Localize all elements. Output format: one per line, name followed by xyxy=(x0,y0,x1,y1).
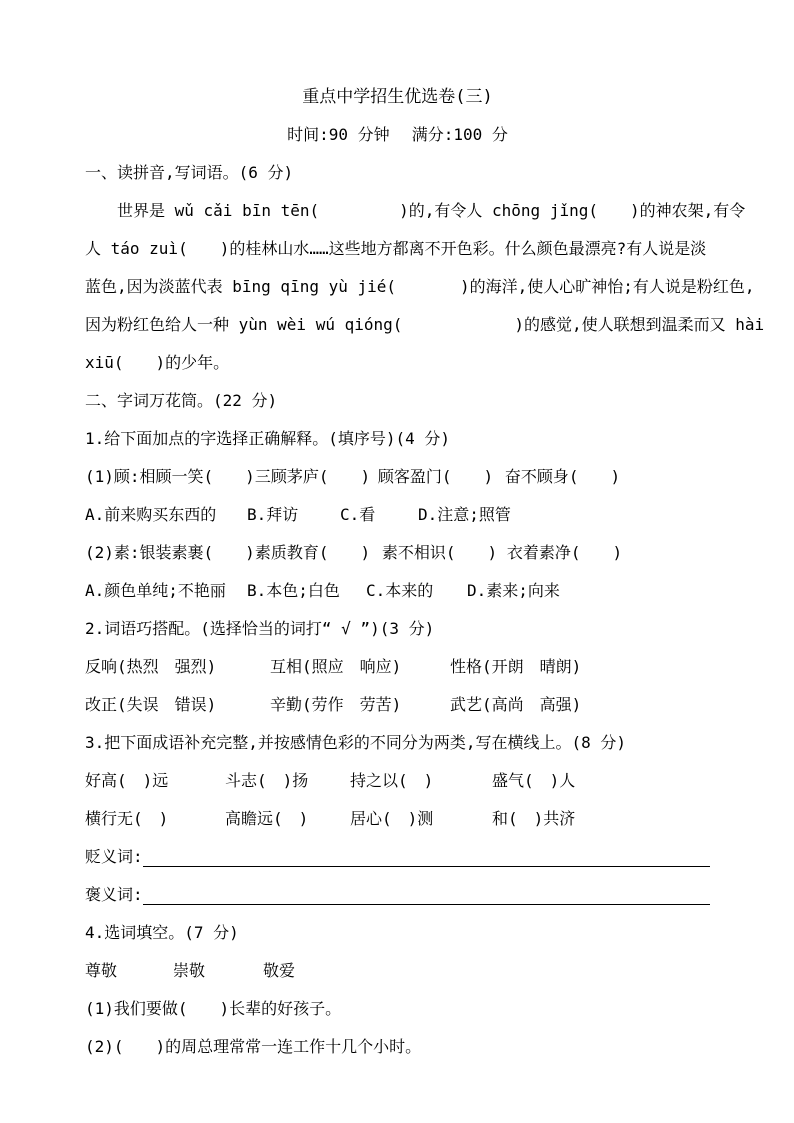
q3-idiom: 横行无( ) xyxy=(85,800,225,838)
exam-document-page: 重点中学招生优选卷(三) 时间:90 分钟 满分:100 分 一、读拼音,写词语… xyxy=(0,0,794,1123)
pinyin-paragraph-line-5: xiū( )的少年。 xyxy=(85,344,710,382)
exam-title: 重点中学招生优选卷(三) xyxy=(85,78,710,116)
q1-phrase: 奋不顾身( ) xyxy=(505,458,620,496)
q1-phrases-row-gu: (1)顾:相顾一笑( ) 三顾茅庐( ) 顾客盈门( ) 奋不顾身( ) xyxy=(85,458,710,496)
q4-word: 崇敬 xyxy=(173,952,263,990)
q4-sentence-1: (1)我们要做( )长辈的好孩子。 xyxy=(85,990,710,1028)
q1-option: A.颜色单纯;不艳丽 xyxy=(85,572,247,610)
q1-options-row-gu: A.前来购买东西的 B.拜访 C.看 D.注意;照管 xyxy=(85,496,710,534)
q1-phrase: 三顾茅庐( ) xyxy=(255,458,378,496)
q4-word: 敬爱 xyxy=(263,952,295,990)
derogatory-answer-blank-line xyxy=(143,838,710,867)
q4-prompt: 4.选词填空。(7 分) xyxy=(85,914,710,952)
q3-idiom: 和( )共济 xyxy=(492,800,575,838)
q4-sentence-2: (2)( )的周总理常常一连工作十几个小时。 xyxy=(85,1028,710,1066)
q2-pairs-row-2: 改正(失误 错误) 辛勤(劳作 劳苦) 武艺(高尚 高强) xyxy=(85,686,710,724)
q2-prompt: 2.词语巧搭配。(选择恰当的词打“ √ ”)(3 分) xyxy=(85,610,710,648)
q2-word-pair: 性格(开朗 晴朗) xyxy=(450,648,581,686)
q1-phrase: 素不相识( ) xyxy=(382,534,507,572)
q1-option: D.素来;向来 xyxy=(467,572,560,610)
q1-phrase: (2)素:银装素裹( ) xyxy=(85,534,255,572)
q1-option: C.本来的 xyxy=(366,572,467,610)
pinyin-paragraph-line-2: 人 táo zuì( )的桂林山水……这些地方都离不开色彩。什么颜色最漂亮?有人… xyxy=(85,230,710,268)
q1-option: D.注意;照管 xyxy=(418,496,511,534)
derogatory-label: 贬义词: xyxy=(85,838,143,876)
q4-word-bank: 尊敬 崇敬 敬爱 xyxy=(85,952,710,990)
q2-word-pair: 反响(热烈 强烈) xyxy=(85,648,270,686)
pinyin-paragraph-line-4: 因为粉红色给人一种 yùn wèi wú qióng( )的感觉,使人联想到温柔… xyxy=(85,306,710,344)
commendatory-words-row: 褒义词: xyxy=(85,876,710,914)
q1-phrase: 素质教育( ) xyxy=(255,534,382,572)
q3-idioms-row-2: 横行无( ) 高瞻远( ) 居心( )测 和( )共济 xyxy=(85,800,710,838)
q3-idiom: 居心( )测 xyxy=(350,800,492,838)
q3-idiom: 好高( )远 xyxy=(85,762,225,800)
q2-word-pair: 改正(失误 错误) xyxy=(85,686,270,724)
q3-idiom: 斗志( )扬 xyxy=(225,762,350,800)
q4-word: 尊敬 xyxy=(85,952,173,990)
commendatory-answer-blank-line xyxy=(143,876,710,905)
section2-heading: 二、字词万花筒。(22 分) xyxy=(85,382,710,420)
q3-idioms-row-1: 好高( )远 斗志( )扬 持之以( ) 盛气( )人 xyxy=(85,762,710,800)
q1-phrase: 衣着素净( ) xyxy=(507,534,622,572)
q2-pairs-row-1: 反响(热烈 强烈) 互相(照应 响应) 性格(开朗 晴朗) xyxy=(85,648,710,686)
q1-option: C.看 xyxy=(340,496,418,534)
q2-word-pair: 辛勤(劳作 劳苦) xyxy=(270,686,450,724)
pinyin-paragraph-line-1: 世界是 wǔ cǎi bīn tēn( )的,有令人 chōng jǐng( )… xyxy=(85,192,710,230)
q1-options-row-su: A.颜色单纯;不艳丽 B.本色;白色 C.本来的 D.素来;向来 xyxy=(85,572,710,610)
section1-heading: 一、读拼音,写词语。(6 分) xyxy=(85,154,710,192)
commendatory-label: 褒义词: xyxy=(85,876,143,914)
q1-option: B.本色;白色 xyxy=(247,572,366,610)
exam-time-limit: 时间:90 分钟 xyxy=(287,116,390,154)
q3-prompt: 3.把下面成语补充完整,并按感情色彩的不同分为两类,写在横线上。(8 分) xyxy=(85,724,710,762)
exam-subtitle: 时间:90 分钟 满分:100 分 xyxy=(85,116,710,154)
q1-option: A.前来购买东西的 xyxy=(85,496,247,534)
q2-word-pair: 互相(照应 响应) xyxy=(270,648,450,686)
q1-phrases-row-su: (2)素:银装素裹( ) 素质教育( ) 素不相识( ) 衣着素净( ) xyxy=(85,534,710,572)
q2-word-pair: 武艺(高尚 高强) xyxy=(450,686,581,724)
q1-prompt: 1.给下面加点的字选择正确解释。(填序号)(4 分) xyxy=(85,420,710,458)
q3-idiom: 高瞻远( ) xyxy=(225,800,350,838)
q1-phrase: (1)顾:相顾一笑( ) xyxy=(85,458,255,496)
exam-full-score: 满分:100 分 xyxy=(412,116,508,154)
q1-option: B.拜访 xyxy=(247,496,340,534)
q3-idiom: 盛气( )人 xyxy=(492,762,575,800)
q1-phrase: 顾客盈门( ) xyxy=(378,458,505,496)
derogatory-words-row: 贬义词: xyxy=(85,838,710,876)
pinyin-paragraph-line-3: 蓝色,因为淡蓝代表 bīng qīng yù jié( )的海洋,使人心旷神怡;… xyxy=(85,268,710,306)
q3-idiom: 持之以( ) xyxy=(350,762,492,800)
